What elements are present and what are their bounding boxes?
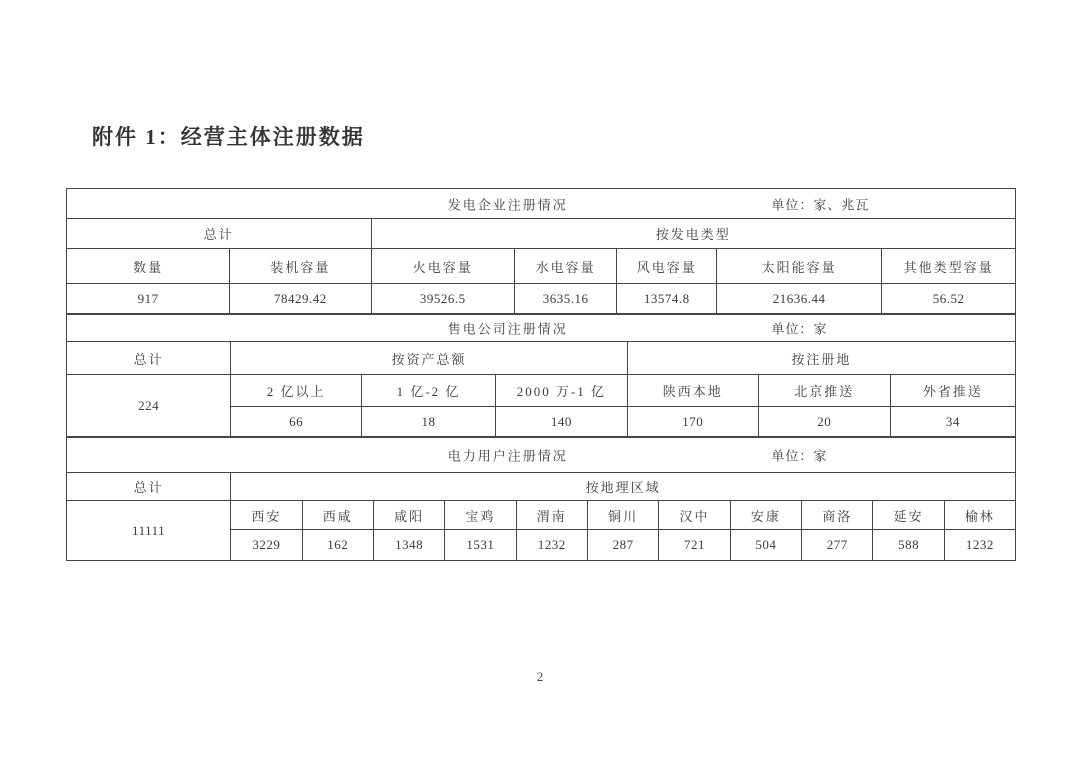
data-cell-xixian: 162 [302,530,373,561]
data-cell-xian: 3229 [231,530,302,561]
data-cell-installed-capacity: 78429.42 [230,284,371,314]
city-header-xianyang: 咸阳 [373,501,444,530]
data-cell-shangluo: 277 [802,530,873,561]
registration-data-table: 发电企业注册情况 单位：家、兆瓦 总计 按发电类型 数量 装机容量 火电容量 水… [66,188,1016,561]
data-cell-yulin: 1232 [944,530,1015,561]
section2-by-registration-label: 按注册地 [627,342,1015,375]
section2-unit-label: 单位：家 [771,319,827,338]
city-header-baoji: 宝鸡 [445,501,516,530]
table-row: 数量 装机容量 火电容量 水电容量 风电容量 太阳能容量 其他类型容量 [67,249,1016,284]
table-row: 总计 按资产总额 按注册地 [67,342,1016,375]
city-header-tongchuan: 铜川 [587,501,658,530]
category-20m-100m: 2000 万-1 亿 [495,375,627,407]
col-header-hydro-capacity: 水电容量 [514,249,616,284]
data-cell-ankang: 504 [730,530,801,561]
col-header-count: 数量 [67,249,230,284]
table-row: 总计 按地理区域 [67,473,1016,501]
data-cell-yanan: 588 [873,530,944,561]
data-cell-100m-200m: 18 [362,407,496,437]
city-header-yulin: 榆林 [944,501,1015,530]
city-header-yanan: 延安 [873,501,944,530]
data-cell-hanzhong: 721 [659,530,730,561]
data-cell-beijing-pushed: 20 [758,407,890,437]
table-row: 11111 西安 西咸 咸阳 宝鸡 渭南 铜川 汉中 安康 商洛 延安 榆林 [67,501,1016,530]
section2-title: 售电公司注册情况 [448,319,568,338]
city-header-xian: 西安 [231,501,302,530]
data-cell-weinan: 1232 [516,530,587,561]
category-beijing-pushed: 北京推送 [758,375,890,407]
city-header-xixian: 西咸 [302,501,373,530]
col-header-thermal-capacity: 火电容量 [371,249,514,284]
category-over-200m: 2 亿以上 [231,375,362,407]
col-header-other-capacity: 其他类型容量 [882,249,1016,284]
col-header-installed-capacity: 装机容量 [230,249,371,284]
category-100m-200m: 1 亿-2 亿 [362,375,496,407]
table-row: 917 78429.42 39526.5 3635.16 13574.8 216… [67,284,1016,314]
data-cell-xianyang: 1348 [373,530,444,561]
section2-total-label: 总计 [67,342,231,375]
data-cell-baoji: 1531 [445,530,516,561]
category-shaanxi-local: 陕西本地 [627,375,758,407]
data-cell-other-province-pushed: 34 [890,407,1015,437]
table-row: 发电企业注册情况 单位：家、兆瓦 [67,189,1016,219]
data-cell-other-capacity: 56.52 [882,284,1016,314]
section1-title: 发电企业注册情况 [448,194,568,213]
city-header-weinan: 渭南 [516,501,587,530]
document-page: 附件 1：经营主体注册数据 发电企业注册情况 单位：家、兆瓦 总计 按发电类型 … [0,0,1080,764]
sales-company-table: 售电公司注册情况 单位：家 总计 按资产总额 按注册地 224 2 亿以上 1 … [66,314,1016,437]
section1-total-label: 总计 [67,219,372,249]
attachment-title: 附件 1：经营主体注册数据 [92,121,365,151]
page-number: 2 [0,669,1080,685]
table-row: 224 2 亿以上 1 亿-2 亿 2000 万-1 亿 陕西本地 北京推送 外… [67,375,1016,407]
col-header-solar-capacity: 太阳能容量 [717,249,882,284]
table-row: 总计 按发电类型 [67,219,1016,249]
table-row: 售电公司注册情况 单位：家 [67,315,1016,342]
data-cell-hydro-capacity: 3635.16 [514,284,616,314]
data-cell-shaanxi-local: 170 [627,407,758,437]
data-cell-thermal-capacity: 39526.5 [371,284,514,314]
section3-by-region-label: 按地理区域 [231,473,1016,501]
section2-by-assets-label: 按资产总额 [231,342,628,375]
data-cell-tongchuan: 287 [587,530,658,561]
section3-title-row: 电力用户注册情况 单位：家 [67,438,1016,473]
data-cell-count: 917 [67,284,230,314]
data-cell-solar-capacity: 21636.44 [717,284,882,314]
generation-enterprise-table: 发电企业注册情况 单位：家、兆瓦 总计 按发电类型 数量 装机容量 火电容量 水… [66,188,1016,314]
section3-unit-label: 单位：家 [771,446,827,465]
section1-title-row: 发电企业注册情况 单位：家、兆瓦 [67,189,1016,219]
power-user-table: 电力用户注册情况 单位：家 总计 按地理区域 11111 西安 西咸 咸阳 宝鸡… [66,437,1016,561]
section1-by-type-label: 按发电类型 [371,219,1015,249]
data-cell-over-200m: 66 [231,407,362,437]
data-cell-wind-capacity: 13574.8 [617,284,717,314]
section2-title-row: 售电公司注册情况 单位：家 [67,315,1016,342]
category-other-province-pushed: 外省推送 [890,375,1015,407]
city-header-shangluo: 商洛 [802,501,873,530]
section3-total-label: 总计 [67,473,231,501]
city-header-ankang: 安康 [730,501,801,530]
section3-total-value: 11111 [67,501,231,561]
section2-total-value: 224 [67,375,231,437]
city-header-hanzhong: 汉中 [659,501,730,530]
table-row: 电力用户注册情况 单位：家 [67,438,1016,473]
section3-title: 电力用户注册情况 [448,446,568,465]
data-cell-20m-100m: 140 [495,407,627,437]
col-header-wind-capacity: 风电容量 [617,249,717,284]
section1-unit-label: 单位：家、兆瓦 [771,194,869,213]
